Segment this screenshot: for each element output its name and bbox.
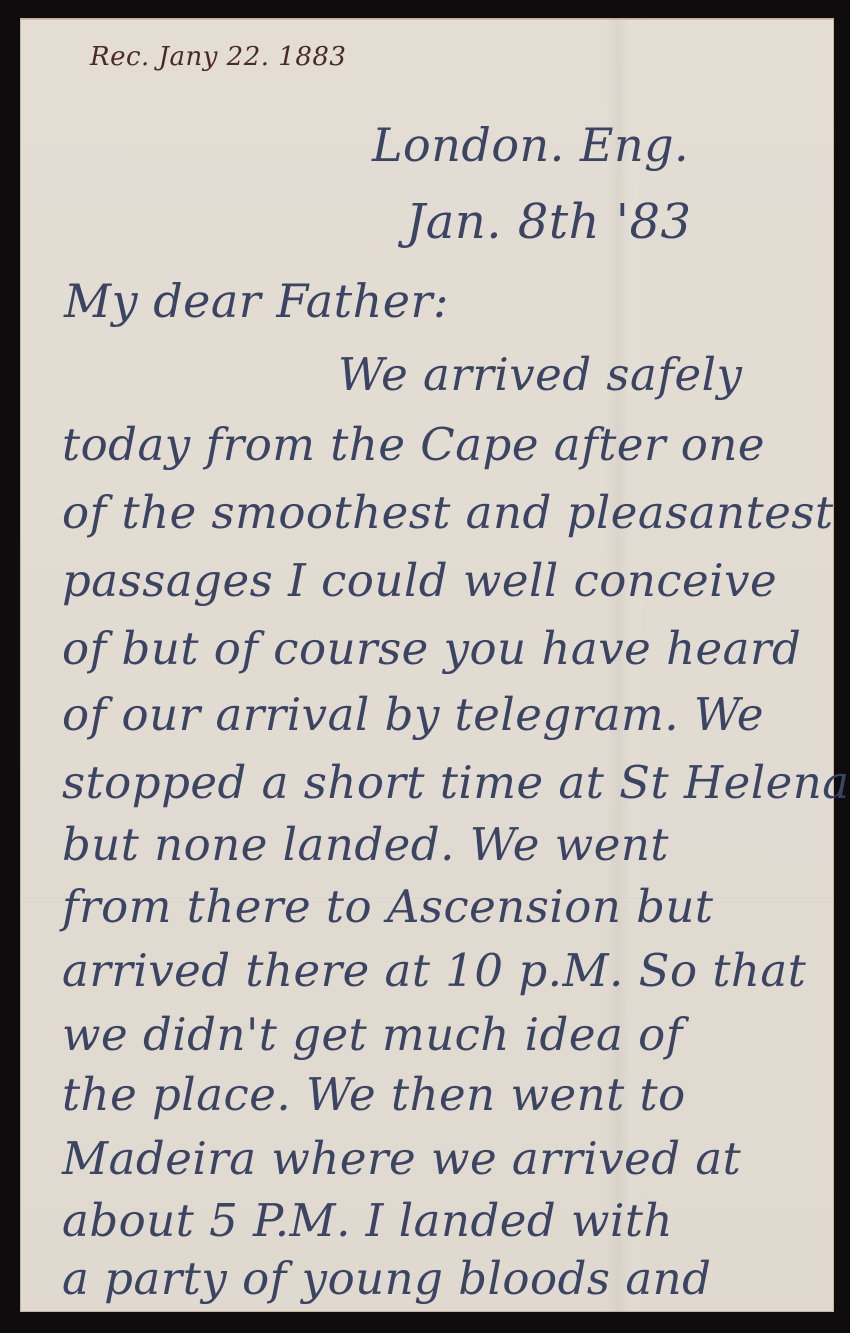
body-line: from there to Ascension but (62, 880, 714, 933)
body-line: the place. We then went to (62, 1068, 686, 1121)
body-line: about 5 P.M. I landed with (62, 1194, 673, 1247)
body-line: stopped a short time at St Helena (62, 756, 850, 809)
body-line: passages I could well conceive (62, 554, 777, 607)
body-line: of our arrival by telegram. We (62, 688, 764, 741)
body-line: a party of young bloods and (62, 1252, 711, 1305)
salutation: My dear Father: (64, 274, 449, 328)
body-line: arrived there at 10 p.M. So that (62, 944, 806, 997)
body-line: We arrived safely (338, 348, 742, 401)
letter-place: London. Eng. (372, 118, 689, 172)
letter-page: Rec. Jany 22. 1883 London. Eng. Jan. 8th… (20, 18, 834, 1312)
letter-date: Jan. 8th '83 (406, 194, 692, 250)
body-line: of but of course you have heard (62, 622, 801, 675)
body-line: Madeira where we arrived at (62, 1132, 741, 1185)
body-line: but none landed. We went (62, 818, 669, 871)
body-line: today from the Cape after one (62, 418, 765, 471)
body-line: of the smoothest and pleasantest (62, 486, 834, 539)
received-note: Rec. Jany 22. 1883 (90, 42, 346, 72)
body-line: we didn't get much idea of (62, 1008, 683, 1061)
